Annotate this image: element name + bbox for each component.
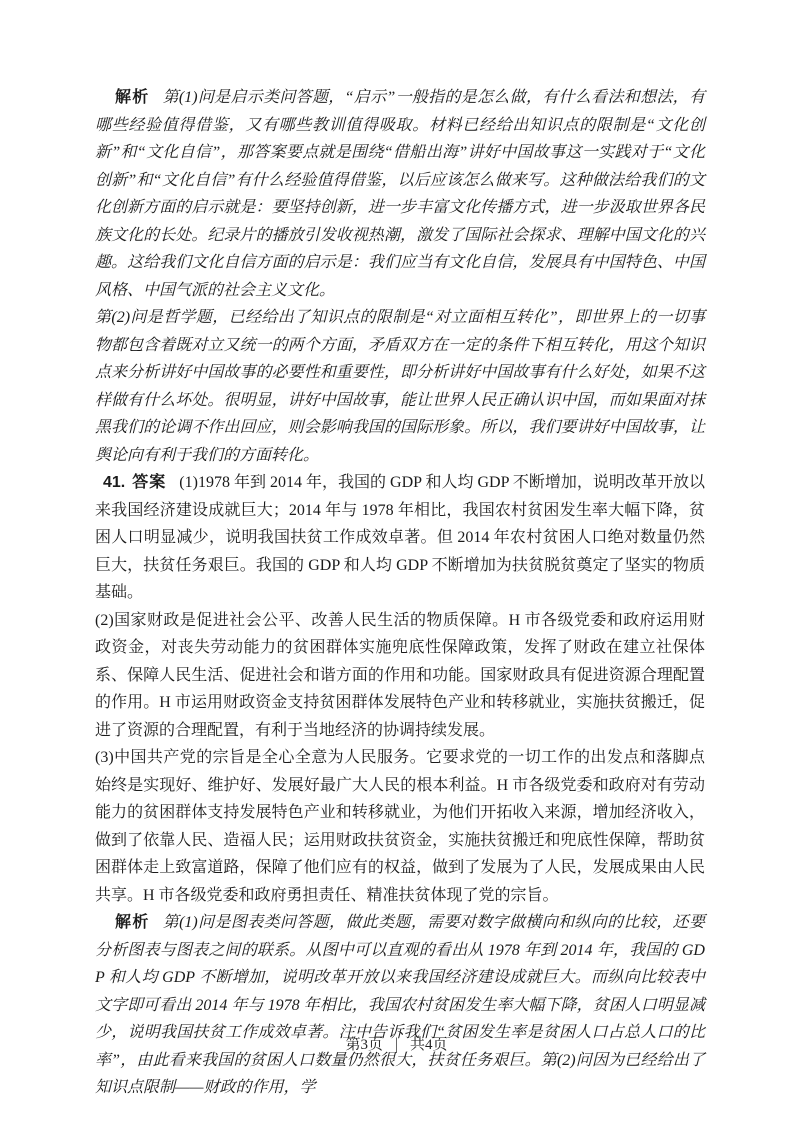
paragraph-text: 第(1)问是启示类问答题，“启示”一般指的是怎么做，有什么看法和想法，有哪些经验…	[95, 89, 705, 299]
answer-label: 答案	[132, 474, 166, 491]
analysis-paragraph-q41: 解析第(1)问是图表类问答题，做此类题，需要对数字做横向和纵向的比较，还要分析图…	[95, 909, 705, 1102]
answer-paragraph-41-part2: (2)国家财政是促进社会公平、改善人民生活的物质保障。H 市各级党委和政府运用财…	[95, 607, 705, 745]
paragraph-text: (3)中国共产党的宗旨是全心全意为人民服务。它要求党的一切工作的出发点和落脚点始…	[95, 749, 705, 904]
answer-paragraph-41-part3: (3)中国共产党的宗旨是全心全意为人民服务。它要求党的一切工作的出发点和落脚点始…	[95, 744, 705, 909]
paragraph-text: (2)国家财政是促进社会公平、改善人民生活的物质保障。H 市各级党委和政府运用财…	[95, 612, 705, 739]
total-pages-label: 共4页	[410, 1037, 448, 1053]
page-footer: 第3页|共4页	[0, 1033, 793, 1054]
document-content: 解析第(1)问是启示类问答题，“启示”一般指的是怎么做，有什么看法和想法，有哪些…	[95, 84, 705, 1102]
analysis-paragraph-q40-part2: 第(2)问是哲学题，已经给出了知识点的限制是“对立面相互转化”，即世界上的一切事…	[95, 304, 705, 469]
current-page-label: 第3页	[345, 1037, 383, 1053]
paragraph-text: (1)1978 年到 2014 年，我国的 GDP 和人均 GDP 不断增加，说…	[95, 474, 705, 601]
answer-paragraph-41: 41.答案(1)1978 年到 2014 年，我国的 GDP 和人均 GDP 不…	[95, 469, 705, 607]
question-number: 41.	[103, 474, 125, 491]
analysis-label: 解析	[115, 914, 150, 931]
paragraph-text: 第(2)问是哲学题，已经给出了知识点的限制是“对立面相互转化”，即世界上的一切事…	[95, 309, 705, 464]
analysis-label: 解析	[115, 89, 150, 106]
analysis-paragraph-q40: 解析第(1)问是启示类问答题，“启示”一般指的是怎么做，有什么看法和想法，有哪些…	[95, 84, 705, 304]
footer-separator: |	[395, 1036, 398, 1055]
document-page: 解析第(1)问是启示类问答题，“启示”一般指的是怎么做，有什么看法和想法，有哪些…	[0, 0, 793, 1122]
paragraph-text: 第(1)问是图表类问答题，做此类题，需要对数字做横向和纵向的比较，还要分析图表与…	[95, 914, 705, 1096]
